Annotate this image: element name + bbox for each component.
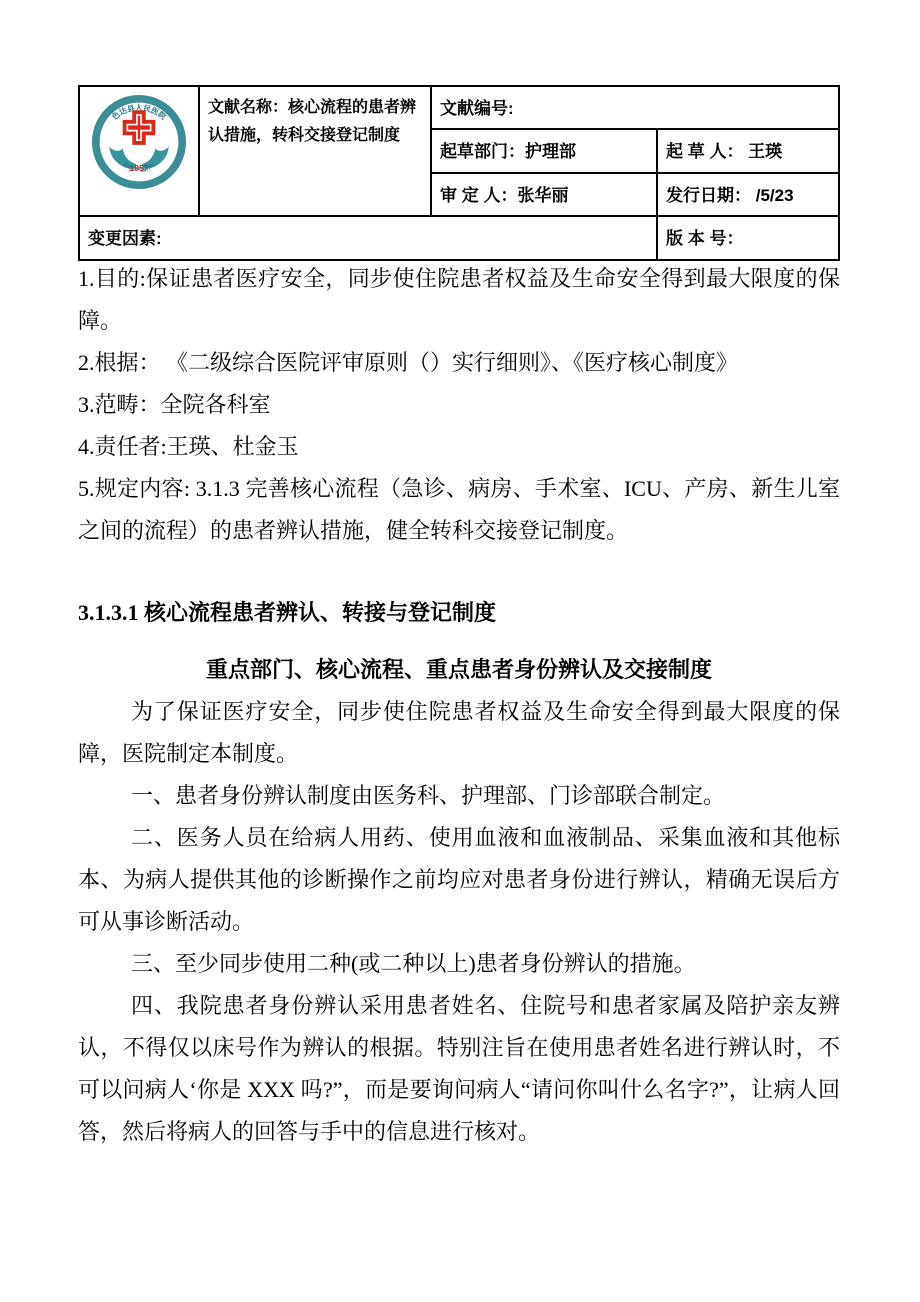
rule-paragraph-4: 四、我院患者身份辨认采用患者姓名、住院号和患者家属及陪护亲友辨认，不得仅以床号作… [78,985,840,1153]
issue-date-cell: 发行日期： /5/23 [657,173,839,216]
document-body: 1.目的:保证患者医疗安全，同步使住院患者权益及生命安全得到最大限度的保障。 2… [78,258,840,1153]
purpose-item: 1.目的:保证患者医疗安全，同步使住院患者权益及生命安全得到最大限度的保障。 [78,258,840,342]
rule-paragraph-1: 一、患者身份辨认制度由医务科、护理部、门诊部联合制定。 [78,775,840,817]
document-page: 色达县人民医院 1957 མི་དམངས་སྨན་ཁང [0,0,920,1302]
responsible-item: 4.责任者:王瑛、杜金玉 [78,426,840,468]
change-factor-cell: 变更因素: [79,216,657,260]
document-header-table: 色达县人民医院 1957 མི་དམངས་སྨན་ཁང [78,85,840,261]
drafter-cell: 起 草 人： 王瑛 [657,129,839,173]
reviewer-cell: 审 定 人：张华丽 [431,173,657,216]
intro-paragraph: 为了保证医疗安全，同步使住院患者权益及生命安全得到最大限度的保障，医院制定本制度… [78,691,840,775]
doc-number-cell: 文献编号: [431,86,839,129]
rule-paragraph-2: 二、医务人员在给病人用药、使用血液和血液制品、采集血液和其他标本、为病人提供其他… [78,817,840,943]
content-item: 5.规定内容: 3.1.3 完善核心流程（急诊、病房、手术室、ICU、产房、新生… [78,468,840,552]
basis-item: 2.根据： 《二级综合医院评审原则（）实行细则》、《医疗核心制度》 [78,342,840,384]
section-heading: 3.1.3.1 核心流程患者辨认、转接与登记制度 [78,592,840,634]
draft-dept-cell: 起草部门：护理部 [431,129,657,173]
rule-paragraph-3: 三、至少同步使用二种(或二种以上)患者身份辨认的措施。 [78,943,840,985]
center-heading: 重点部门、核心流程、重点患者身份辨认及交接制度 [78,649,840,691]
scope-item: 3.范畴：全院各科室 [78,384,840,426]
hospital-logo: 色达县人民医院 1957 མི་དམངས་སྨན་ཁང [91,94,187,190]
doc-name-cell: 文献名称：核心流程的患者辨认措施，转科交接登记制度 [199,86,431,216]
version-cell: 版 本 号： [657,216,839,260]
logo-cell: 色达县人民医院 1957 མི་དམངས་སྨན་ཁང [79,86,199,216]
